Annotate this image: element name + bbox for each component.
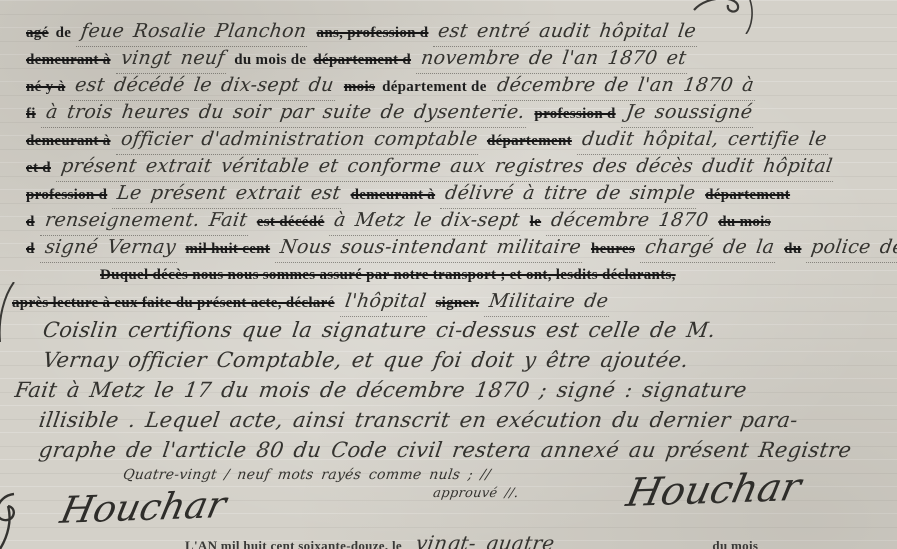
handwritten-text: graphe de l'article 80 du Code civil res… [34,435,857,466]
printed-text: d [26,214,35,230]
handwritten-text: renseignement. Fait [40,207,252,236]
handwritten-text: Coislin certifions que la signature ci-d… [38,315,721,346]
record-line: Vernay officier Comptable, et que foi do… [0,345,897,375]
death-record-page: agédefeue Rosalie Planchonans, professio… [0,0,897,549]
printed-text: heures [591,241,635,257]
record-line: Duquel décès nous nous sommes assuré par… [0,261,897,288]
handwritten-text: police de [806,234,897,263]
signature-left: Houchar [57,483,230,532]
handwritten-text: dudit hôpital, certifie le [577,126,832,155]
printed-text: d [26,241,35,257]
printed-text: demeurant à [26,133,111,149]
handwritten-text: décembre de l'an 1870 à [492,72,759,101]
handwritten-text: signé Vernay [40,234,181,263]
handwritten-text: est entré audit hôpital le [433,18,701,47]
handwritten-text: Quatre-vingt / neuf mots rayés comme nul… [119,465,496,486]
handwritten-text: à trois heures du soir par suite de dyse… [41,99,530,128]
handwritten-text: Militaire de [484,288,613,317]
printed-text: fi [26,106,36,122]
handwritten-text: novembre de l'an 1870 et [416,45,691,74]
printed-text: de [56,25,72,41]
printed-text: demeurant à [26,52,111,68]
handwritten-text: Fait à Metz le 17 du mois de décembre 18… [10,375,752,406]
handwritten-text: officier d'administration comptable [116,126,482,155]
printed-text: Duquel décès nous nous sommes assuré par… [100,267,676,283]
handwritten-text: présent extrait véritable et conforme au… [56,153,837,182]
handwritten-text: Nous sous-intendant militaire [275,234,586,263]
record-line: né y àest décédé le dix-sept dumoisdépar… [0,72,897,99]
printed-text: demeurant à [351,187,436,203]
record-line: demeurant àofficier d'administration com… [0,126,897,153]
record-line: fià trois heures du soir par suite de dy… [0,99,897,126]
record-line: après lecture à eux faite du présent act… [0,288,897,315]
printed-text: du mois [718,214,771,230]
printed-text: agé [26,25,49,41]
handwritten-text: approuvé //. [429,486,523,503]
printed-text: profession d [534,106,615,122]
record-line: agédefeue Rosalie Planchonans, professio… [0,18,897,45]
printed-text: du mois de [234,52,306,68]
handwritten-text: est décédé le dix-sept du [70,72,339,101]
printed-text: département d [313,52,411,68]
handwritten-text: l'hôpital [340,288,431,317]
printed-text: ans, profession d [317,25,429,41]
handwritten-text: décembre 1870 [546,207,713,236]
handwritten-text: Le présent extrait est [112,180,345,209]
handwritten-text: illisible . Lequel acte, ainsi transcrit… [34,405,803,436]
handwritten-text: vingt neuf [116,45,230,74]
record-line: et dprésent extrait véritable et conform… [0,153,897,180]
printed-text: département [487,133,572,149]
printed-text: signer. [436,295,480,311]
record-line: illisible . Lequel acte, ainsi transcrit… [0,405,897,435]
printed-text: mois [344,79,375,95]
record-line: drenseignement. Faitest décédéà Metz le … [0,207,897,234]
document-lines: agédefeue Rosalie Planchonans, professio… [0,18,897,503]
printed-text: mil huit cent [185,241,270,257]
printed-text: né y à [26,79,65,95]
handwritten-text: vingt- quatre [411,531,559,549]
handwritten-text: délivré à titre de simple [440,180,700,209]
printed-text: le [530,214,541,230]
signature-right: Houchar [622,465,804,516]
record-line: Fait à Metz le 17 du mois de décembre 18… [0,375,897,405]
printed-text: département [705,187,790,203]
handwritten-text: Vernay officier Comptable, et que foi do… [38,345,694,376]
printed-text: après lecture à eux faite du présent act… [12,295,335,311]
record-line: profession dLe présent extrait estdemeur… [0,180,897,207]
record-line: graphe de l'article 80 du Code civil res… [0,435,897,465]
next-act-partial-line: L'AN mil huit cent soixante-douze, le vi… [0,531,897,549]
printed-text: et d [26,160,51,176]
handwritten-text: Je soussigné [621,99,757,128]
printed-text: est décédé [257,214,325,230]
record-line: demeurant àvingt neufdu mois dedéparteme… [0,45,897,72]
printed-text: L'AN mil huit cent soixante-douze, le [185,538,402,549]
printed-text: du [784,241,801,257]
handwritten-text: chargé de la [640,234,779,263]
record-line: Coislin certifions que la signature ci-d… [0,315,897,345]
handwritten-text: à Metz le dix-sept [329,207,524,236]
handwritten-text: feue Rosalie Planchon [76,18,311,47]
printed-text: profession d [26,187,107,203]
printed-text: département de [382,79,487,95]
record-line: dsigné Vernaymil huit centNous sous-inte… [0,234,897,261]
printed-text: du mois [712,538,758,549]
